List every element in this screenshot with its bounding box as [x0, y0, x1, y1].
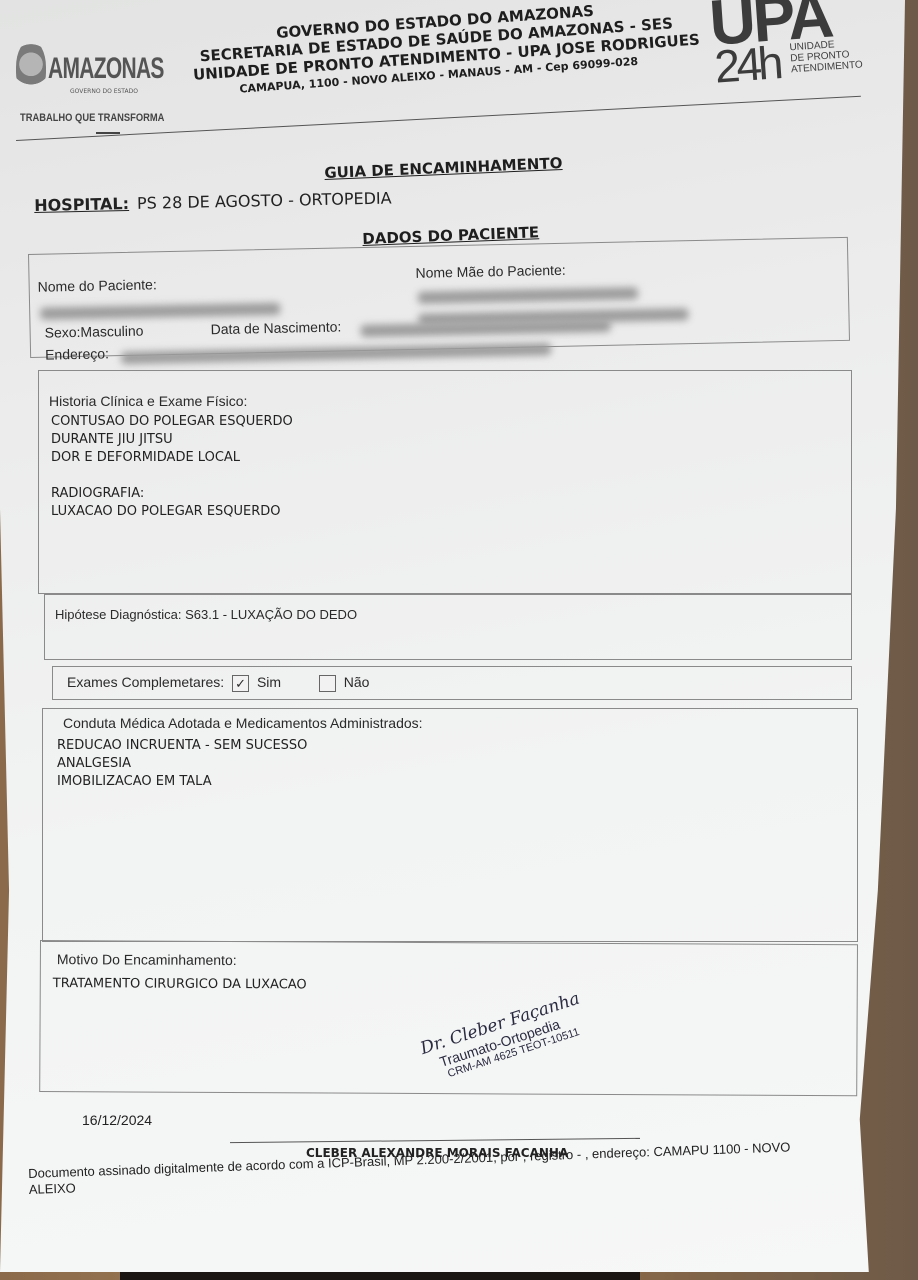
complementary-exams-box: Exames Complemetares: ✓ Sim Não	[52, 666, 852, 700]
diagnosis-code: S63.1	[185, 607, 219, 622]
medical-conduct-box: Conduta Médica Adotada e Medicamentos Ad…	[42, 708, 858, 942]
clinical-history-box: Historia Clínica e Exame Físico: CONTUSA…	[38, 370, 852, 594]
address-redacted	[121, 338, 551, 366]
history-line: DURANTE JIU JITSU	[51, 431, 293, 449]
mother-name-label: Nome Mãe do Paciente:	[415, 262, 566, 281]
conduct-line: IMOBILIZACAO EM TALA	[57, 773, 307, 791]
conduct-line: ANALGESIA	[57, 755, 307, 773]
conduct-text: REDUCAO INCRUENTA - SEM SUCESSO ANALGESI…	[57, 737, 307, 791]
referral-label: Motivo Do Encaminhamento:	[57, 951, 237, 968]
referral-value: TRATAMENTO CIRURGICO DA LUXACAO	[53, 975, 307, 994]
hospital-line: HOSPITAL:PS 28 DE AGOSTO - ORTOPEDIA	[34, 189, 392, 215]
upa-hours: 24h	[713, 35, 781, 93]
header-title-block: GOVERNO DO ESTADO DO AMAZONAS SECRETARIA…	[190, 0, 684, 99]
conduct-label: Conduta Médica Adotada e Medicamentos Ad…	[63, 715, 423, 731]
address-label: Endereço:	[45, 345, 109, 362]
patient-data-box: Nome do Paciente: Nome Mãe do Paciente: …	[28, 237, 850, 358]
patient-name-redacted	[40, 298, 280, 322]
sex-value: Masculino	[80, 323, 143, 340]
clinical-history-text: CONTUSAO DO POLEGAR ESQUERDO DURANTE JIU…	[51, 413, 293, 521]
radiography-value: LUXACAO DO POLEGAR ESQUERDO	[51, 503, 293, 521]
patient-name-label: Nome do Paciente:	[38, 276, 157, 294]
document-title: GUIA DE ENCAMINHAMENTO	[324, 154, 563, 182]
birth-date-label: Data de Nascimento:	[210, 318, 341, 337]
history-line: DOR E DEFORMIDADE LOCAL	[51, 449, 293, 467]
amazonas-slogan: TRABALHO QUE TRANSFORMA	[20, 112, 164, 124]
sex-label: Sexo:	[44, 324, 80, 341]
hospital-label: HOSPITAL:	[34, 194, 129, 215]
hospital-value: PS 28 DE AGOSTO - ORTOPEDIA	[137, 189, 392, 213]
amazonas-wordmark: AMAZONAS	[48, 52, 164, 86]
exams-no-label: Não	[344, 674, 370, 690]
clinical-history-label: Historia Clínica e Exame Físico:	[49, 393, 247, 409]
radiography-label: RADIOGRAFIA:	[51, 485, 293, 503]
history-line: CONTUSAO DO POLEGAR ESQUERDO	[51, 413, 293, 431]
exams-yes-checkbox[interactable]: ✓	[232, 675, 249, 692]
exams-no-checkbox[interactable]	[319, 675, 336, 692]
referral-document: AMAZONAS GOVERNO DO ESTADO TRABALHO QUE …	[0, 0, 905, 1272]
conduct-line: REDUCAO INCRUENTA - SEM SUCESSO	[57, 737, 307, 755]
sex-field: Sexo:Masculino	[44, 323, 143, 341]
issue-date: 16/12/2024	[82, 1112, 152, 1128]
birth-date-redacted	[360, 315, 610, 339]
amazonas-coat-of-arms-icon	[16, 40, 46, 94]
amazonas-subtitle: GOVERNO DO ESTADO	[70, 88, 138, 95]
exams-line: Exames Complemetares: ✓ Sim Não	[67, 674, 369, 692]
diagnosis-line: Hipótese Diagnóstica: S63.1 - LUXAÇÃO DO…	[55, 607, 357, 622]
signature-line	[230, 1138, 640, 1143]
exams-label: Exames Complemetares:	[67, 674, 224, 690]
diagnosis-description: - LUXAÇÃO DO DEDO	[223, 607, 357, 622]
exams-yes-label: Sim	[257, 674, 281, 690]
diagnosis-box: Hipótese Diagnóstica: S63.1 - LUXAÇÃO DO…	[44, 594, 852, 660]
diagnosis-label: Hipótese Diagnóstica:	[55, 607, 181, 622]
upa-subtitle: UNIDADE DE PRONTO ATENDIMENTO	[789, 37, 863, 75]
